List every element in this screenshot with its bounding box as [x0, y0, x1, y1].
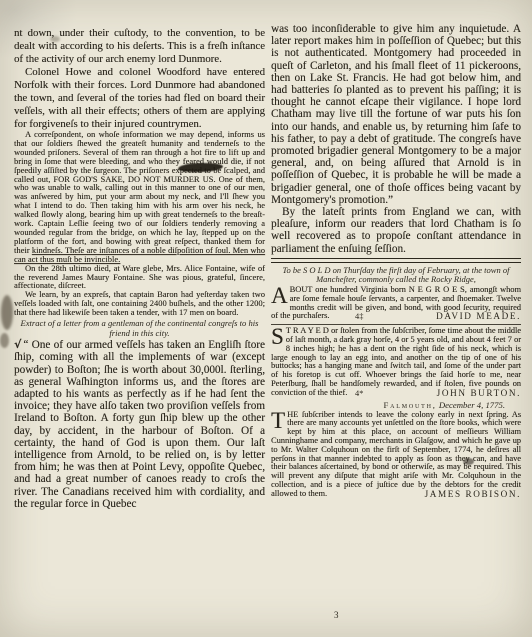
newspaper-page-scan: nt down, under their cuſtody, to the con…	[0, 0, 532, 637]
signature-james-robison: JAMES ROBISON.	[425, 490, 521, 499]
page-signature-number: 3	[334, 610, 339, 620]
correspondent-text: A correſpondent, on whoſe information we…	[14, 130, 265, 255]
dateline-date: December 4, 1775.	[439, 400, 505, 410]
dateline-place: Falmouth,	[384, 400, 437, 410]
signature-david-meade: DAVID MEADE.	[436, 312, 521, 321]
news-paragraph-correspondent: A correſpondent, on whoſe information we…	[14, 131, 265, 265]
right-column: was too inconſiderable to give him any i…	[271, 23, 521, 499]
ad-robison-body: THE ſubſcriber intends to leave the colo…	[271, 411, 521, 499]
ad-robison-text: HE ſubſcriber intends to leave the colon…	[271, 410, 521, 498]
ad-strayed-text: T R A Y E D or ſtolen from the ſubſcribe…	[271, 326, 521, 397]
extract-heading: Extract of a letter from a gentleman of …	[14, 319, 265, 338]
drop-cap-a: A	[271, 286, 290, 304]
extract-letter-paragraph: √“ One of our armed veſſels has taken an…	[14, 339, 265, 510]
ink-smudge	[1, 295, 13, 330]
ad-robison-notice: THE ſubſcriber intends to leave the colo…	[271, 411, 521, 499]
news-paragraph-norfolk: Colonel Howe and colonel Woodford have e…	[14, 66, 265, 131]
signature-john-burton: JOHN BURTON.	[437, 389, 521, 398]
ad-meade-insertion-mark: 4‡	[355, 313, 363, 322]
underlined-passage: kindneſs. Theſe are inſtances of a noble…	[14, 246, 265, 264]
drop-cap-t: T	[271, 411, 287, 429]
extract-letter-text: “ One of our armed veſſels has taken an …	[14, 339, 265, 510]
news-paragraph-chatham: By the lateſt prints from England we can…	[271, 206, 521, 255]
drop-cap-s: S	[271, 327, 286, 345]
news-paragraph-obituary: On the 28th ultimo died, at Ware glebe, …	[14, 265, 265, 292]
ad-meade-sale: To be S O L D on Thurſday the firſt day …	[271, 266, 521, 322]
ad-meade-intro: To be S O L D on Thurſday the firſt day …	[271, 266, 521, 285]
news-paragraph-vessels-taken: We learn, by an expreſs, that captain Ba…	[14, 291, 265, 318]
extract-letter-continuation: was too inconſiderable to give him any i…	[271, 23, 521, 206]
ink-smudge	[0, 333, 9, 348]
handwritten-check-mark: √	[14, 338, 21, 351]
section-divider-double-rule	[271, 258, 521, 263]
ad-strayed-insertion-mark: 4*	[355, 390, 363, 399]
news-paragraph-continuation: nt down, under their cuſtody, to the con…	[14, 27, 265, 66]
dateline-falmouth: Falmouth, December 4, 1775.	[271, 400, 521, 410]
left-column: nt down, under their cuſtody, to the con…	[14, 27, 265, 510]
ad-strayed-horse: ST R A Y E D or ſtolen from the ſubſcrib…	[271, 327, 521, 398]
